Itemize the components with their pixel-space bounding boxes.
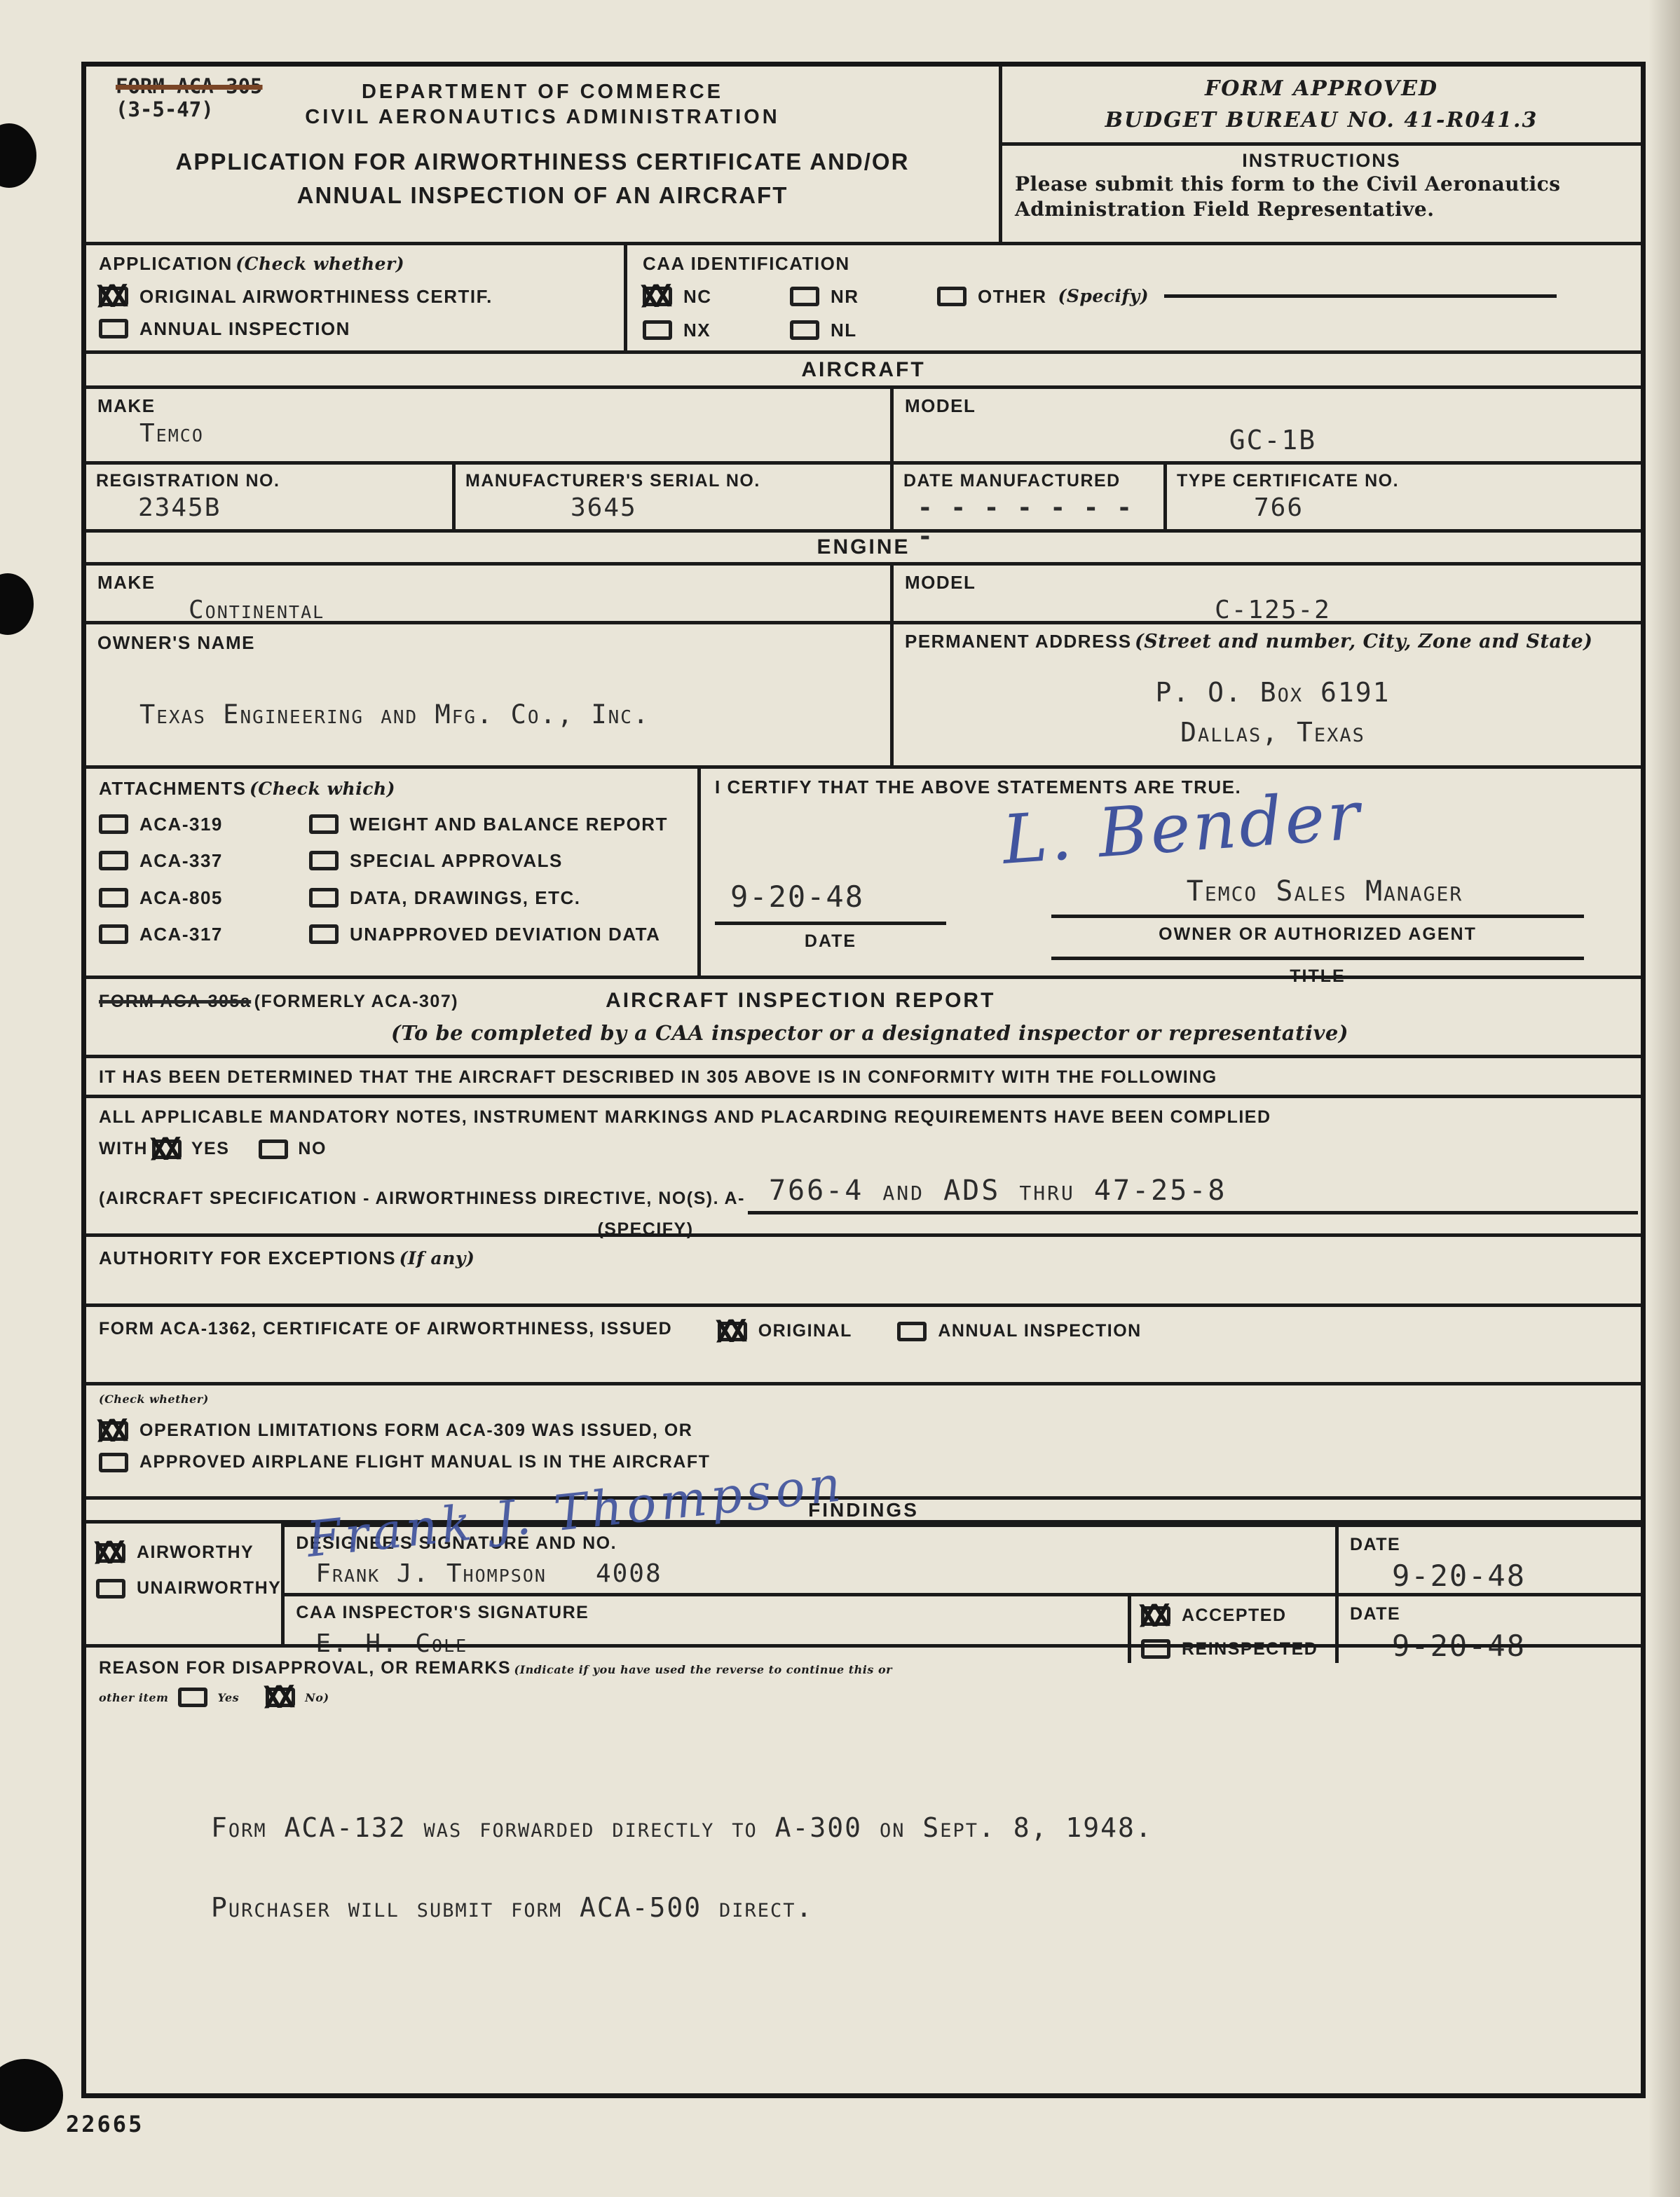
punch-hole	[0, 573, 34, 635]
serial-cell: MANUFACTURER'S SERIAL NO. 3645	[452, 465, 890, 529]
flight-manual-label: APPROVED AIRPLANE FLIGHT MANUAL IS IN TH…	[139, 1451, 710, 1473]
serial-stamp-number: 22665	[66, 2111, 144, 2137]
instructions-title: INSTRUCTIONS	[1015, 150, 1628, 172]
type-certificate-cell: TYPE CERTIFICATE NO. 766	[1163, 465, 1641, 529]
check-whether-note: (Check whether)	[99, 1392, 1641, 1406]
checkbox-complied-yes[interactable]	[152, 1139, 182, 1159]
attachments-note: (Check which)	[250, 779, 395, 799]
checkbox-unairworthy[interactable]	[96, 1579, 125, 1599]
inspector-signature-label: CAA INSPECTOR'S SIGNATURE	[296, 1603, 589, 1622]
type-certificate-value: 766	[1254, 493, 1641, 522]
owner-agent-caption: OWNER OR AUTHORIZED AGENT	[1051, 924, 1584, 945]
checkbox-complied-no[interactable]	[259, 1139, 288, 1159]
unairworthy-label: UNAIRWORTHY	[137, 1577, 281, 1599]
remarks-note-line2: other item	[99, 1691, 168, 1704]
application-cell: APPLICATION (Check whether) ORIGINAL AIR…	[86, 245, 624, 350]
inspection-form-ref-note: (FORMERLY ACA-307)	[254, 991, 458, 1013]
exceptions-row: AUTHORITY FOR EXCEPTIONS (If any)	[86, 1233, 1641, 1303]
accepted-label: ACCEPTED	[1182, 1605, 1287, 1627]
designee-number: 4008	[596, 1559, 662, 1588]
checkbox-reverse-yes[interactable]	[178, 1688, 207, 1707]
owner-address-line2: Dallas, Texas	[905, 713, 1641, 753]
agency-line2: CIVIL AERONAUTICS ADMINISTRATION	[86, 104, 999, 130]
checkbox-1362-annual[interactable]	[897, 1322, 927, 1341]
inspection-form-ref: FORM ACA-305a	[99, 991, 251, 1013]
checkbox-airworthy[interactable]	[96, 1543, 125, 1563]
checkbox-accepted[interactable]	[1141, 1606, 1170, 1626]
owner-row: OWNER'S NAME Texas Engineering and Mfg. …	[86, 621, 1641, 765]
owner-address-label: PERMANENT ADDRESS	[905, 631, 1132, 652]
checkbox-nx[interactable]	[643, 320, 672, 340]
form-aca-305: FORM ACA-305 (3-5-47) DEPARTMENT OF COMM…	[81, 62, 1646, 2098]
nl-label: NL	[831, 319, 857, 342]
aca-805-label: ACA-805	[139, 887, 223, 910]
aircraft-make-model-row: MAKE Temco MODEL GC-1B	[86, 385, 1641, 461]
owner-signature-line[interactable]	[1051, 915, 1584, 918]
checkbox-unapproved-deviation[interactable]	[309, 924, 339, 944]
checkbox-aca-337[interactable]	[99, 851, 128, 870]
form-approved-line1: FORM APPROVED	[1002, 73, 1641, 104]
airworthiness-verdict-cell: AIRWORTHY UNAIRWORTHY	[86, 1524, 281, 1644]
registration-label: REGISTRATION NO.	[96, 470, 452, 492]
remarks-label: REASON FOR DISAPPROVAL, OR REMARKS	[99, 1658, 511, 1678]
engine-section-header: ENGINE	[86, 529, 1641, 562]
form-title-line1: APPLICATION FOR AIRWORTHINESS CERTIFICAT…	[86, 145, 999, 179]
aca-337-label: ACA-337	[139, 849, 223, 872]
checkbox-aca-805[interactable]	[99, 888, 128, 908]
aca-317-label: ACA-317	[139, 923, 223, 946]
aircraft-make-value: Temco	[139, 419, 890, 448]
checkbox-nl[interactable]	[790, 320, 819, 340]
application-label: APPLICATION	[99, 253, 233, 274]
aircraft-make-label: MAKE	[97, 395, 890, 418]
form-approved-line2: BUDGET BUREAU NO. 41-R041.3	[1002, 104, 1641, 136]
complied-yes-label: YES	[191, 1138, 230, 1160]
checkbox-original-airworthiness[interactable]	[99, 287, 128, 306]
engine-section-title: ENGINE	[817, 534, 910, 561]
form-header: FORM ACA-305 (3-5-47) DEPARTMENT OF COMM…	[86, 67, 1641, 242]
engine-make-label: MAKE	[97, 571, 890, 594]
date-manufactured-cell: DATE MANUFACTURED - - - - - - - -	[890, 465, 1163, 529]
header-left: FORM ACA-305 (3-5-47) DEPARTMENT OF COMM…	[86, 67, 999, 242]
nx-label: NX	[683, 319, 711, 342]
other-label: OTHER	[978, 285, 1047, 308]
attachments-label: ATTACHMENTS	[99, 778, 247, 799]
inspector-date-label: DATE	[1350, 1604, 1400, 1624]
engine-model-value: C-125-2	[905, 596, 1641, 624]
inspection-report-subtitle: (To be completed by a CAA inspector or a…	[99, 1021, 1641, 1045]
aca-319-label: ACA-319	[139, 813, 223, 836]
certify-date-line[interactable]	[715, 922, 946, 925]
application-section: APPLICATION (Check whether) ORIGINAL AIR…	[86, 242, 1641, 350]
checkbox-flight-manual[interactable]	[99, 1453, 128, 1472]
operation-limitations-label: OPERATION LIMITATIONS FORM ACA-309 WAS I…	[139, 1420, 692, 1442]
form-approved-box: FORM APPROVED BUDGET BUREAU NO. 41-R041.…	[1002, 67, 1641, 142]
caa-identification-cell: CAA IDENTIFICATION NC NR OTHER (Specify)	[624, 245, 1641, 350]
aircraft-details-row: REGISTRATION NO. 2345B MANUFACTURER'S SE…	[86, 461, 1641, 529]
checkbox-nr[interactable]	[790, 287, 819, 306]
nr-label: NR	[831, 285, 859, 308]
registration-cell: REGISTRATION NO. 2345B	[86, 465, 452, 529]
exceptions-note: (If any)	[399, 1248, 475, 1268]
exceptions-label: AUTHORITY FOR EXCEPTIONS	[99, 1247, 396, 1268]
certify-date-caption: DATE	[715, 931, 946, 952]
reverse-no-label: No)	[305, 1691, 329, 1704]
remarks-line1: Form ACA-132 was forwarded directly to A…	[211, 1812, 1641, 1843]
aca-1362-original-label: ORIGINAL	[758, 1320, 852, 1342]
determined-row: IT HAS BEEN DETERMINED THAT THE AIRCRAFT…	[86, 1055, 1641, 1095]
data-drawings-label: DATA, DRAWINGS, ETC.	[350, 887, 580, 910]
remarks-note-line1: (Indicate if you have used the reverse t…	[514, 1663, 893, 1676]
owner-name-value: Texas Engineering and Mfg. Co., Inc.	[139, 699, 890, 730]
annual-inspection-label: ANNUAL INSPECTION	[139, 317, 350, 341]
checkbox-other[interactable]	[937, 287, 967, 306]
certification-cell: I CERTIFY THAT THE ABOVE STATEMENTS ARE …	[697, 769, 1641, 976]
owner-address-note: (Street and number, City, Zone and State…	[1135, 631, 1592, 652]
complied-text: ALL APPLICABLE MANDATORY NOTES, INSTRUME…	[99, 1107, 1271, 1127]
engine-model-cell: MODEL C-125-2	[890, 566, 1641, 621]
checkbox-reverse-no[interactable]	[266, 1688, 295, 1707]
complied-row: ALL APPLICABLE MANDATORY NOTES, INSTRUME…	[86, 1095, 1641, 1233]
instructions-body: Please submit this form to the Civil Aer…	[1015, 172, 1628, 223]
owner-address-line1: P. O. Box 6191	[905, 673, 1641, 713]
certify-title-value: Temco Sales Manager	[1079, 875, 1570, 908]
aircraft-make-cell: MAKE Temco	[86, 389, 890, 461]
designee-date-cell: DATE 9-20-48	[1335, 1527, 1641, 1593]
owner-name-cell: OWNER'S NAME Texas Engineering and Mfg. …	[86, 624, 890, 765]
punch-hole	[0, 123, 36, 188]
special-approvals-label: SPECIAL APPROVALS	[350, 849, 563, 872]
weight-balance-label: WEIGHT AND BALANCE REPORT	[350, 813, 668, 836]
airworthy-label: AIRWORTHY	[137, 1542, 254, 1563]
attachments-certify-row: ATTACHMENTS (Check which) ACA-319 WEIGHT…	[86, 765, 1641, 976]
checkbox-annual-inspection[interactable]	[99, 319, 128, 338]
serial-label: MANUFACTURER'S SERIAL NO.	[465, 470, 890, 492]
type-certificate-label: TYPE CERTIFICATE NO.	[1177, 470, 1641, 492]
inspection-report-title: AIRCRAFT INSPECTION REPORT	[606, 987, 995, 1014]
engine-make-value: Continental	[189, 596, 890, 624]
punch-hole	[0, 2059, 63, 2132]
original-airworthiness-label: ORIGINAL AIRWORTHINESS CERTIF.	[139, 285, 493, 308]
aircraft-section-header: AIRCRAFT	[86, 350, 1641, 385]
certify-title-line[interactable]	[1051, 957, 1584, 960]
directive-value: 766-4 and ADS thru 47-25-8	[769, 1175, 1227, 1207]
header-right: FORM APPROVED BUDGET BUREAU NO. 41-R041.…	[999, 67, 1641, 242]
other-specify-line[interactable]	[1164, 294, 1557, 298]
attachments-cell: ATTACHMENTS (Check which) ACA-319 WEIGHT…	[86, 769, 697, 976]
engine-make-model-row: MAKE Continental MODEL C-125-2	[86, 562, 1641, 621]
designee-date-value: 9-20-48	[1392, 1559, 1526, 1593]
aca-1362-text: FORM ACA-1362, CERTIFICATE OF AIRWORTHIN…	[99, 1319, 672, 1339]
remarks-row: REASON FOR DISAPPROVAL, OR REMARKS (Indi…	[86, 1644, 1641, 2100]
checkbox-special-approvals[interactable]	[309, 851, 339, 870]
owner-address-cell: PERMANENT ADDRESS (Street and number, Ci…	[890, 624, 1641, 765]
form-title-line2: ANNUAL INSPECTION OF AN AIRCRAFT	[86, 179, 999, 212]
complied-no-label: NO	[298, 1138, 327, 1160]
findings-table: AIRWORTHY UNAIRWORTHY Frank J. Thompson …	[86, 1520, 1641, 1644]
determined-text: IT HAS BEEN DETERMINED THAT THE AIRCRAFT…	[99, 1067, 1217, 1087]
aircraft-model-value: GC-1B	[905, 425, 1641, 456]
aircraft-model-cell: MODEL GC-1B	[890, 389, 1641, 461]
registration-value: 2345B	[138, 493, 452, 522]
remarks-line2: Purchaser will submit form ACA-500 direc…	[211, 1892, 1641, 1923]
aircraft-model-label: MODEL	[905, 395, 1641, 418]
owner-name-label: OWNER'S NAME	[97, 631, 890, 655]
form-title: APPLICATION FOR AIRWORTHINESS CERTIFICAT…	[86, 145, 999, 212]
certify-date-value: 9-20-48	[730, 880, 864, 914]
check-whether-row: (Check whether) OPERATION LIMITATIONS FO…	[86, 1382, 1641, 1496]
checkbox-nc[interactable]	[643, 287, 672, 306]
application-note: (Check whether)	[235, 254, 404, 274]
reverse-yes-label: Yes	[217, 1691, 239, 1704]
checkbox-operation-limitations[interactable]	[99, 1421, 128, 1441]
aca-1362-row: FORM ACA-1362, CERTIFICATE OF AIRWORTHIN…	[86, 1303, 1641, 1382]
checkbox-weight-balance[interactable]	[309, 814, 339, 834]
designee-date-label: DATE	[1350, 1535, 1400, 1554]
instructions-box: INSTRUCTIONS Please submit this form to …	[1002, 142, 1641, 242]
engine-model-label: MODEL	[905, 571, 1641, 594]
agency-heading: DEPARTMENT OF COMMERCE CIVIL AERONAUTICS…	[86, 79, 999, 130]
engine-make-cell: MAKE Continental	[86, 566, 890, 621]
directive-fill-line[interactable]: 766-4 and ADS thru 47-25-8	[748, 1179, 1638, 1214]
inspection-report-header: FORM ACA-305a (FORMERLY ACA-307) AIRCRAF…	[86, 976, 1641, 1055]
directive-label: (AIRCRAFT SPECIFICATION - AIRWORTHINESS …	[99, 1188, 745, 1210]
other-specify-note: (Specify)	[1058, 286, 1149, 306]
checkbox-aca-317[interactable]	[99, 924, 128, 944]
checkbox-aca-319[interactable]	[99, 814, 128, 834]
date-manufactured-label: DATE MANUFACTURED	[903, 470, 1163, 492]
checkbox-data-drawings[interactable]	[309, 888, 339, 908]
complied-with-word: WITH	[99, 1138, 148, 1160]
aca-1362-annual-label: ANNUAL INSPECTION	[938, 1320, 1141, 1342]
aircraft-section-title: AIRCRAFT	[801, 357, 925, 383]
checkbox-1362-original[interactable]	[718, 1322, 747, 1341]
unapproved-deviation-label: UNAPPROVED DEVIATION DATA	[350, 923, 660, 946]
caa-identification-label: CAA IDENTIFICATION	[643, 253, 850, 274]
findings-signature-block: Frank J. Thompson DESIGNEE'S SIGNATURE A…	[281, 1524, 1641, 1644]
serial-value: 3645	[571, 493, 890, 522]
agency-line1: DEPARTMENT OF COMMERCE	[86, 79, 999, 104]
nc-label: NC	[683, 285, 712, 308]
